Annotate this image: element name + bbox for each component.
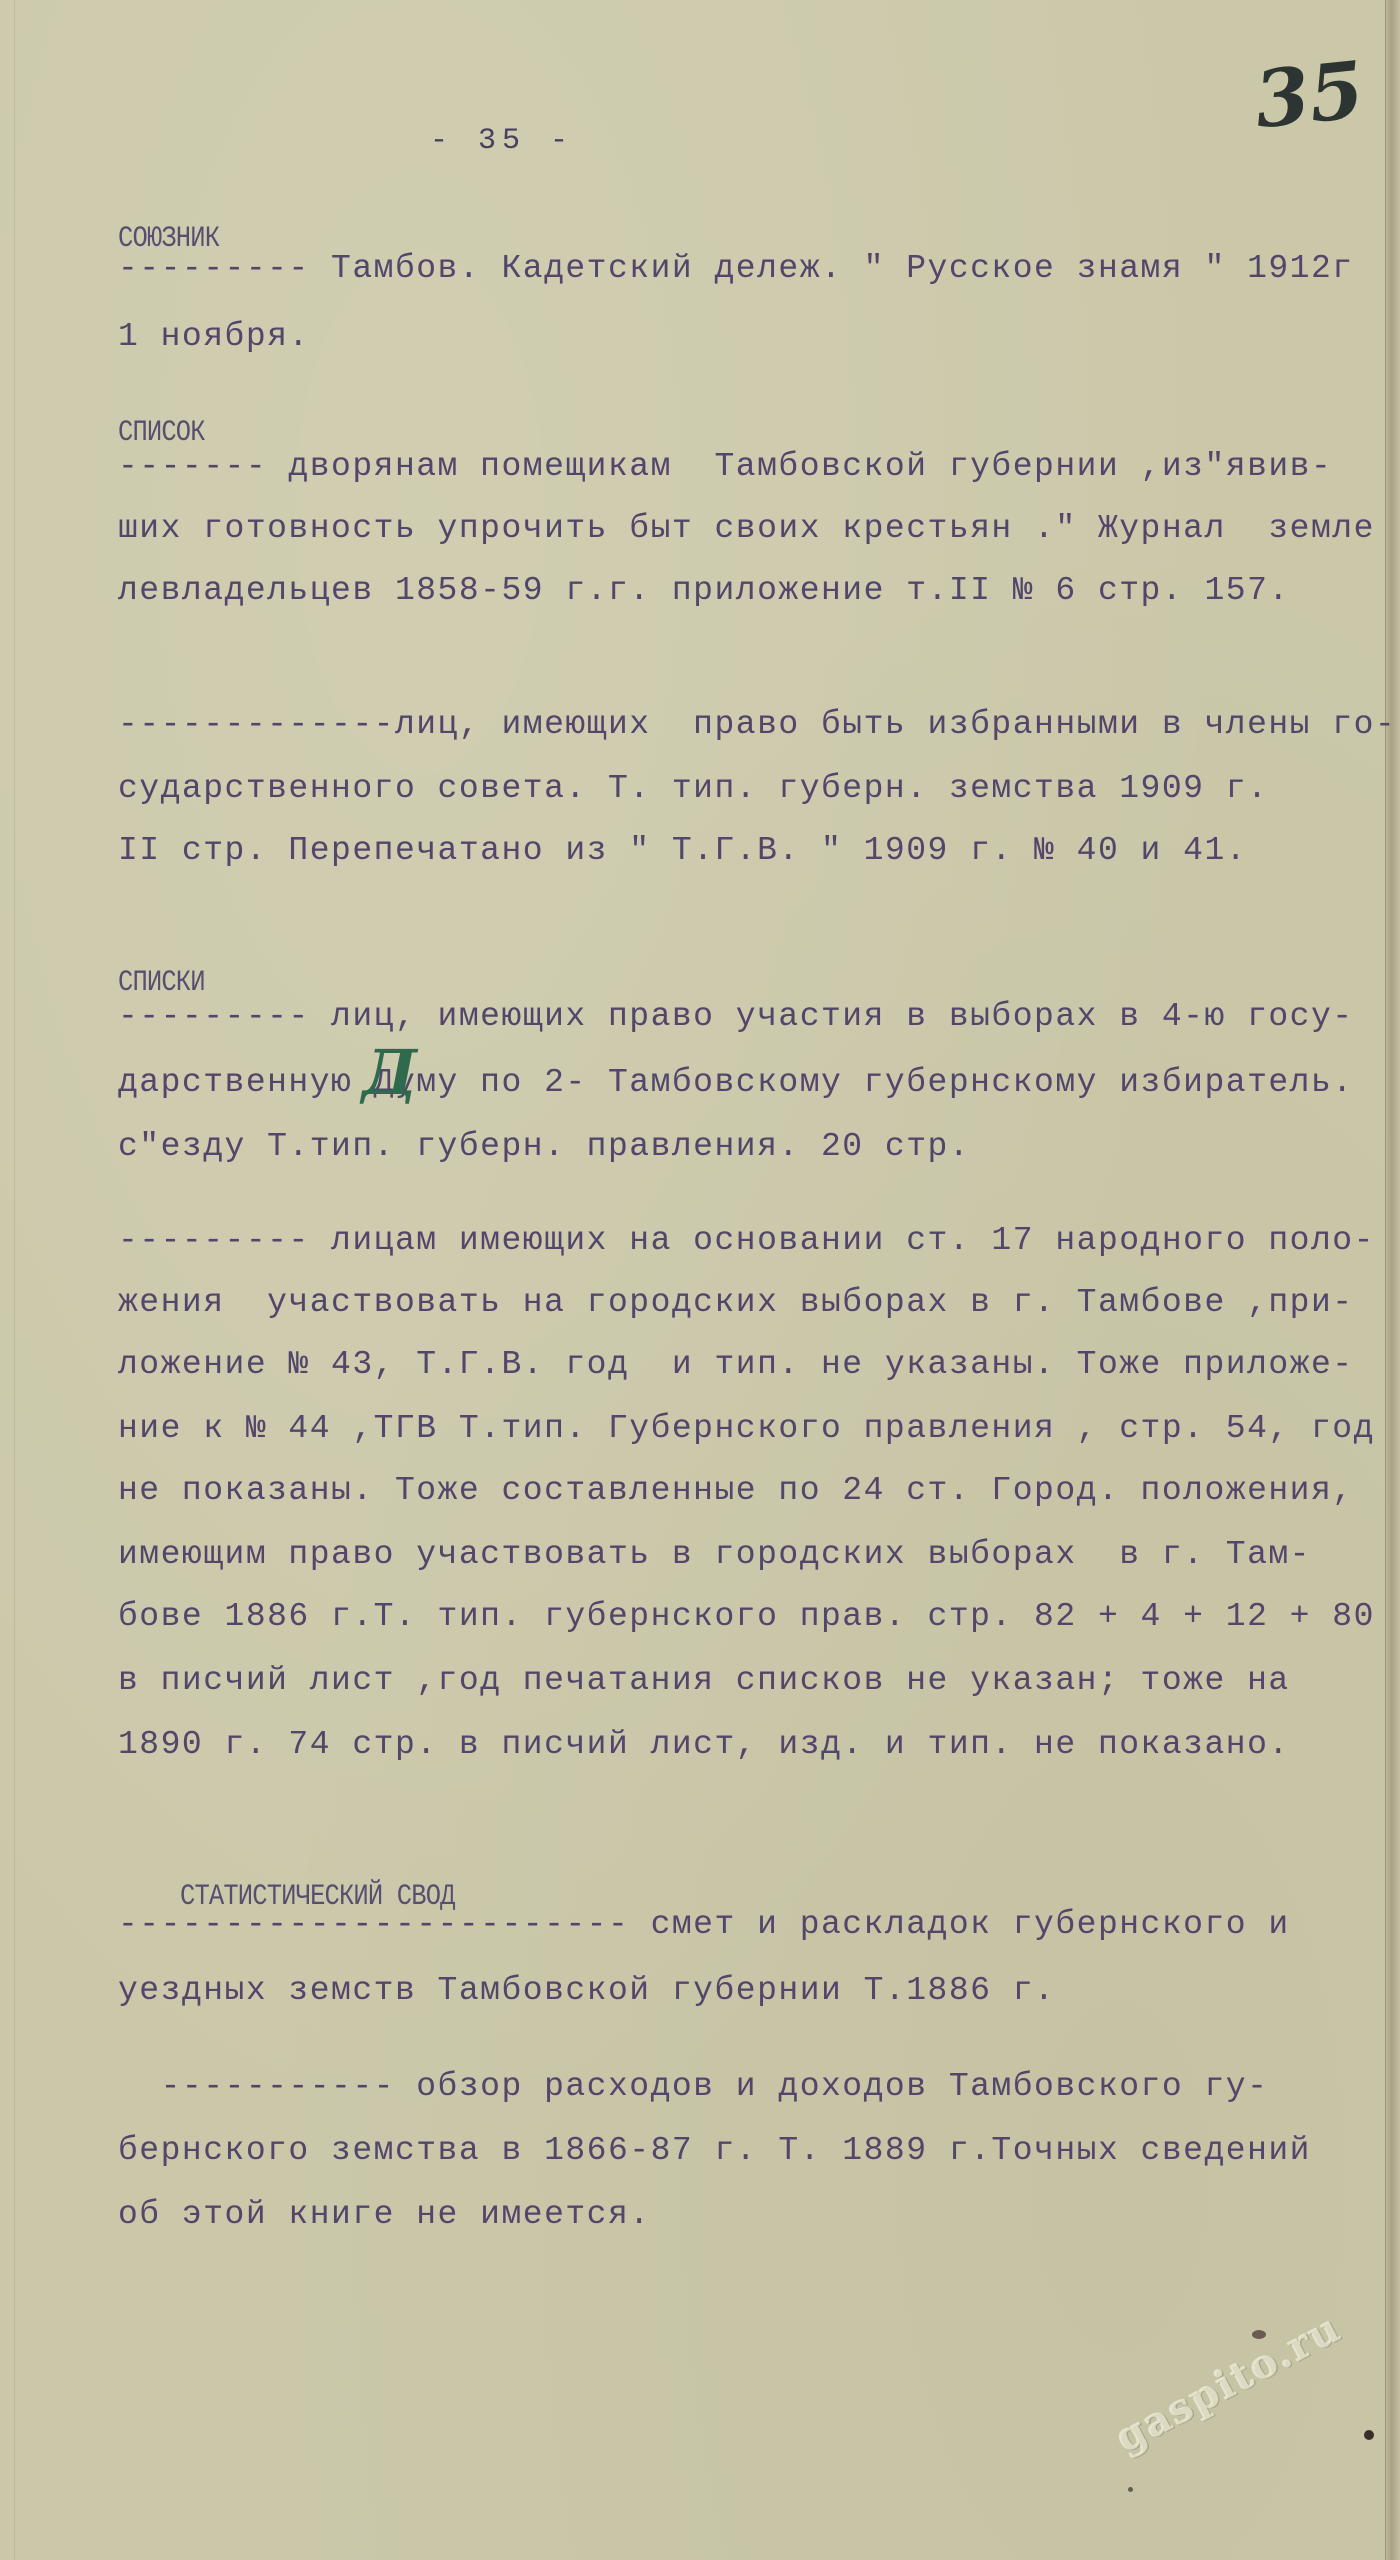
entry-line: ------------------------ смет и раскладо… <box>118 1906 1290 1943</box>
entry-line: 1890 г. 74 стр. в писчий лист, изд. и ти… <box>118 1726 1290 1763</box>
entry-line: 1 ноября. <box>118 318 310 355</box>
entry-line: ложение № 43, Т.Г.В. год и тип. не указа… <box>118 1346 1354 1383</box>
entry-line: с"езду Т.тип. губерн. правления. 20 стр. <box>118 1128 970 1165</box>
handwritten-green-mark: Д <box>362 1036 417 1109</box>
entry-line: в писчий лист ,год печатания списков не … <box>118 1662 1290 1699</box>
page-fold-line <box>14 0 15 2560</box>
entry-line: -------------лиц, имеющих право быть изб… <box>118 706 1396 743</box>
paper-speck <box>1128 2487 1133 2492</box>
entry-line: уездных земств Тамбовской губернии Т.188… <box>118 1972 1055 2009</box>
entry-line: жения участвовать на городских выборах в… <box>118 1284 1354 1321</box>
page-edge <box>1385 0 1400 2560</box>
entry-line: ------- дворянам помещикам Тамбовской гу… <box>118 448 1332 485</box>
entry-line: ние к № 44 ,ТГВ Т.тип. Губернского правл… <box>118 1410 1375 1447</box>
entry-line: бернского земства в 1866-87 г. Т. 1889 г… <box>118 2132 1311 2169</box>
entry-line: сударственного совета. Т. тип. губерн. з… <box>118 770 1268 807</box>
watermark-text: gaspito.ru <box>1108 2304 1349 2462</box>
entry-line: ших готовность упрочить быт своих кресть… <box>118 510 1375 547</box>
archive-document-page: 35 - 35 - СОЮЗНИК --------- Тамбов. Каде… <box>0 0 1400 2560</box>
entry-line: левладельцев 1858-59 г.г. приложение т.I… <box>118 572 1290 609</box>
handwritten-folio-number: 35 <box>1251 45 1368 147</box>
entry-line: дарственную Думу по 2- Тамбовскому губер… <box>118 1064 1354 1101</box>
typed-page-number: - 35 - <box>430 124 574 158</box>
entry-line: --------- лиц, имеющих право участия в в… <box>118 998 1354 1035</box>
entry-line: ----------- обзор расходов и доходов Там… <box>118 2068 1268 2105</box>
entry-line: имеющим право участвовать в городских вы… <box>118 1536 1311 1573</box>
entry-line: об этой книге не имеется. <box>118 2196 651 2233</box>
paper-speck <box>1364 2430 1374 2440</box>
entry-line: II стр. Перепечатано из " Т.Г.В. " 1909 … <box>118 832 1247 869</box>
entry-line: --------- лицам имеющих на основании ст.… <box>118 1222 1375 1259</box>
entry-heading-spiski: СПИСКИ <box>118 966 205 1000</box>
entry-heading-spisok: СПИСОК <box>118 416 205 450</box>
entry-line: бове 1886 г.Т. тип. губернского прав. ст… <box>118 1598 1375 1635</box>
entry-line: --------- Тамбов. Кадетский дележ. " Рус… <box>118 250 1354 287</box>
entry-line: не показаны. Тоже составленные по 24 ст.… <box>118 1472 1354 1509</box>
